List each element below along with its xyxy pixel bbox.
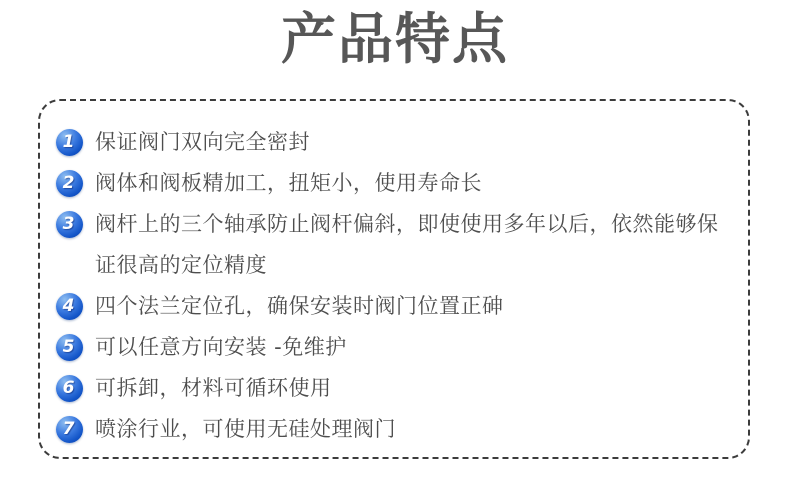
feature-number-badge: 6 — [56, 375, 83, 402]
feature-number-badge: 5 — [56, 334, 83, 361]
feature-number: 7 — [63, 421, 75, 438]
features-list: 1 保证阀门双向完全密封 2 阀体和阀板精加工，扭矩小，使用寿命长 3 阀杆上的… — [40, 101, 748, 450]
feature-number-badge: 2 — [56, 170, 83, 197]
feature-item: 1 保证阀门双向完全密封 — [56, 122, 748, 163]
feature-number-badge: 1 — [56, 129, 83, 156]
feature-text: 喷涂行业，可使用无硅处理阀门 — [95, 409, 396, 450]
feature-number: 1 — [63, 134, 75, 151]
feature-number: 6 — [63, 380, 75, 397]
feature-item: 3 阀杆上的三个轴承防止阀杆偏斜，即使使用多年以后，依然能够保证很高的定位精度 — [56, 204, 748, 286]
feature-text: 保证阀门双向完全密封 — [95, 122, 310, 163]
feature-item: 6 可拆卸，材料可循环使用 — [56, 368, 748, 409]
feature-item: 7 喷涂行业，可使用无硅处理阀门 — [56, 409, 748, 450]
feature-number-badge: 3 — [56, 211, 83, 238]
feature-item: 4 四个法兰定位孔，确保安装时阀门位置正砷 — [56, 286, 748, 327]
feature-text: 可拆卸，材料可循环使用 — [95, 368, 332, 409]
feature-number: 3 — [63, 216, 75, 233]
feature-item: 2 阀体和阀板精加工，扭矩小，使用寿命长 — [56, 163, 748, 204]
page-title: 产品特点 — [0, 0, 790, 71]
feature-number-badge: 4 — [56, 293, 83, 320]
feature-number: 5 — [63, 339, 75, 356]
feature-text: 阀体和阀板精加工，扭矩小，使用寿命长 — [95, 163, 482, 204]
feature-text: 可以任意方向安装 -免维护 — [95, 327, 347, 368]
features-box: 1 保证阀门双向完全密封 2 阀体和阀板精加工，扭矩小，使用寿命长 3 阀杆上的… — [38, 99, 750, 459]
feature-number: 2 — [63, 175, 75, 192]
product-features-page: 产品特点 1 保证阀门双向完全密封 2 阀体和阀板精加工，扭矩小，使用寿命长 3… — [0, 0, 790, 480]
feature-number: 4 — [63, 298, 75, 315]
feature-text: 阀杆上的三个轴承防止阀杆偏斜，即使使用多年以后，依然能够保证很高的定位精度 — [95, 204, 737, 286]
feature-item: 5 可以任意方向安装 -免维护 — [56, 327, 748, 368]
feature-number-badge: 7 — [56, 416, 83, 443]
feature-text: 四个法兰定位孔，确保安装时阀门位置正砷 — [95, 286, 504, 327]
